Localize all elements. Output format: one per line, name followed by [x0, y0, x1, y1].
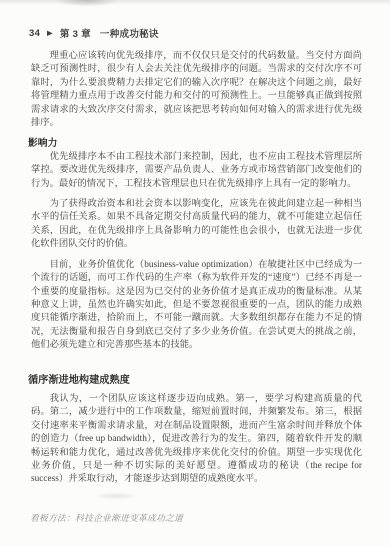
paragraph-influence-2: 为了获得政治资本和社会资本以影响变化，应该先在彼此间建立起一种相当水平的信任关系… [31, 198, 362, 252]
book-title: 看板方法：科技企业渐进变革成功之道 [30, 513, 183, 523]
section-heading-maturity: 循序渐进地构建成熟度 [28, 374, 362, 387]
paragraph-influence-1: 优先级排序本不由工程技术部门来控制，因此，也不应由工程技术管理层所掌控。要改进优… [31, 151, 362, 191]
chapter-number: 第 3 章 [60, 26, 91, 40]
page-number: 34 [29, 28, 40, 39]
section-heading-influence: 影响力 [28, 137, 362, 150]
paragraph-business-value: 目前，业务价值优化（business-value optimization）在敏… [31, 259, 362, 353]
page-body: 理重心应该转向优先级排序，而不仅仅只是交付的代码数量。当交付方面尚缺乏可预测性时… [31, 50, 362, 494]
scan-artifact-smudge [48, 0, 126, 9]
paragraph-priority-shift: 理重心应该转向优先级排序，而不仅仅只是交付的代码数量。当交付方面尚缺乏可预测性时… [31, 50, 362, 130]
chapter-title: 一种成功秘诀 [100, 26, 159, 40]
page-footer: 看板方法：科技企业渐进变革成功之道 [30, 511, 183, 524]
book-page: 34 ▶ 第 3 章 一种成功秘诀 理重心应该转向优先级排序，而不仅仅只是交付的… [0, 0, 390, 546]
running-header: 34 ▶ 第 3 章 一种成功秘诀 [29, 26, 159, 40]
paragraph-maturity-steps: 我认为，一个团队应该这样逐步迈向成熟。第一，要学习构建高质量的代码。第二，减少进… [31, 393, 362, 487]
scan-artifact-top-edge [0, 0, 390, 5]
chapter-marker-triangle-icon: ▶ [47, 29, 53, 37]
